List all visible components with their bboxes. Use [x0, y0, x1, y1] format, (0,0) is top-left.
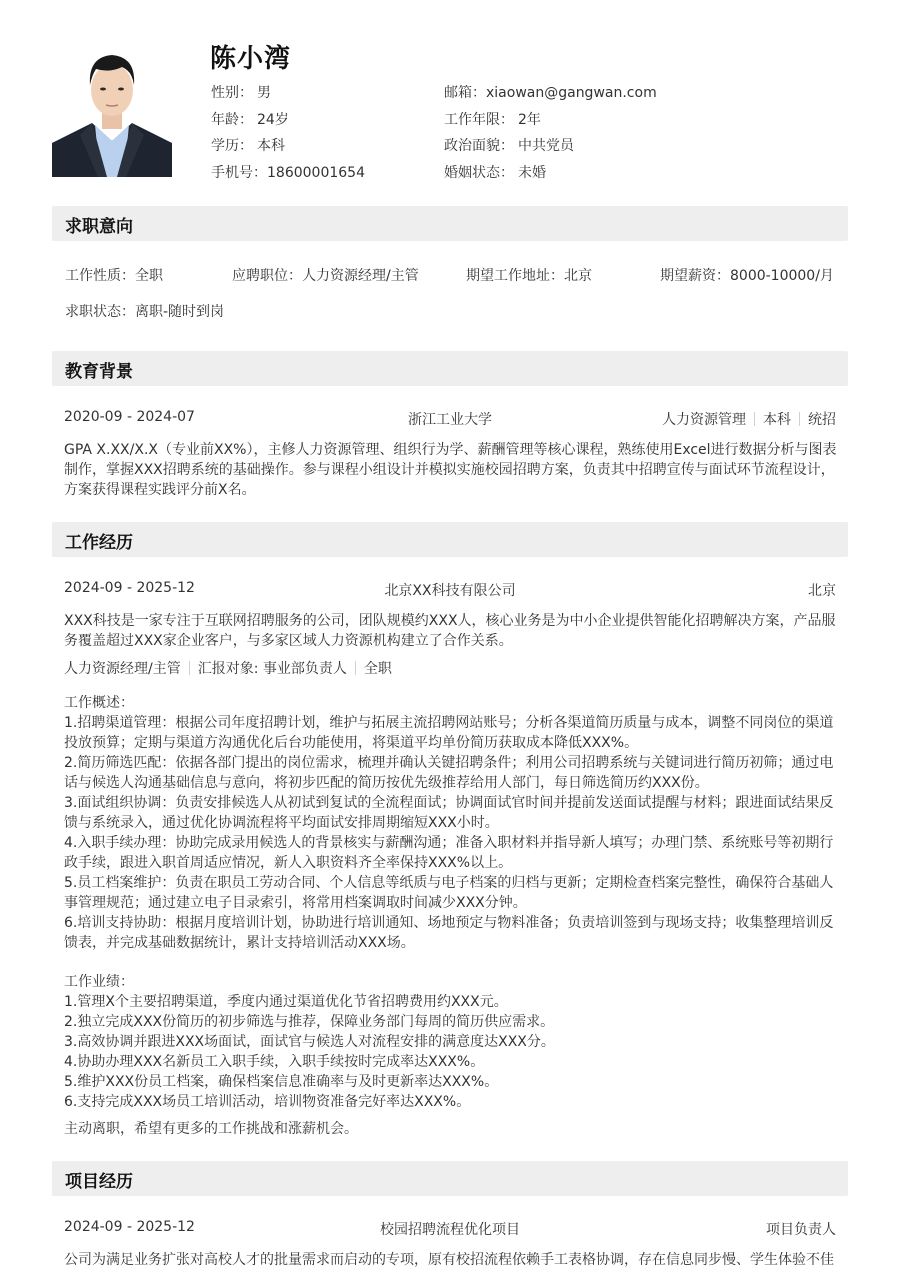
info-label: 工作年限： [444, 112, 514, 128]
education-enrollment-type: 统招 [808, 409, 836, 429]
basic-info-right: 邮箱：xiaowan@gangwan.com 工作年限：2年 政治面貌：中共党员… [444, 82, 657, 188]
info-value: 中共党员 [518, 138, 574, 154]
intention-value: 离职-随时到岗 [135, 304, 224, 320]
overview-item: 6.培训支持协助：根据月度培训计划，协助进行培训通知、场地预定与物料准备；负责培… [64, 913, 838, 953]
intention-value: 北京 [564, 268, 592, 284]
work-achievements: 工作业绩： 1.管理X个主要招聘渠道，季度内通过渠道优化节省招聘费用约XXX元。… [64, 972, 838, 1112]
work-entry-header: 2024-09 - 2025-12 北京XX科技有限公司 北京 [64, 580, 836, 602]
info-value: 男 [257, 85, 271, 101]
achievement-item: 1.管理X个主要招聘渠道，季度内通过渠道优化节省招聘费用约XXX元。 [64, 992, 838, 1012]
achievements-title: 工作业绩： [64, 972, 838, 992]
intention-label: 期望工作地址： [466, 268, 564, 284]
overview-item: 4.入职手续办理：协助完成录用候选人的背景核实与薪酬沟通；准备入职材料并指导新人… [64, 833, 838, 873]
divider [754, 412, 755, 426]
education-entry-header: 2020-09 - 2024-07 浙江工业大学 人力资源管理 本科 统招 [64, 409, 836, 431]
achievement-item: 4.协助办理XXX名新员工入职手续，入职手续按时完成率达XXX%。 [64, 1052, 838, 1072]
section-title: 教育背景 [65, 357, 133, 382]
info-value: xiaowan@gangwan.com [486, 85, 657, 101]
overview-title: 工作概述： [64, 693, 838, 713]
info-marital-status: 婚姻状态：未婚 [444, 162, 657, 189]
work-location: 北京 [808, 580, 836, 600]
education-degree: 本科 [763, 409, 791, 429]
info-label: 学历： [211, 138, 253, 154]
education-tags: 人力资源管理 本科 统招 [662, 409, 836, 429]
section-header-work: 工作经历 [52, 522, 848, 557]
overview-item: 2.简历筛选匹配：依据各部门提出的岗位需求，梳理并确认关键招聘条件；利用公司招聘… [64, 753, 838, 793]
info-label: 政治面貌： [444, 138, 514, 154]
info-value: 未婚 [518, 165, 546, 181]
info-work-years: 工作年限：2年 [444, 109, 657, 136]
intention-position: 应聘职位：人力资源经理/主管 [232, 265, 419, 285]
education-major: 人力资源管理 [662, 409, 746, 429]
intention-value: 8000-10000/月 [730, 268, 834, 284]
section-header-project: 项目经历 [52, 1161, 848, 1196]
section-header-education: 教育背景 [52, 351, 848, 386]
project-role: 项目负责人 [766, 1219, 836, 1239]
info-value: 本科 [257, 138, 285, 154]
portrait-icon [52, 45, 172, 177]
intention-label: 期望薪资： [660, 268, 730, 284]
section-title: 求职意向 [65, 212, 133, 237]
project-description: 公司为满足业务扩张对高校人才的批量需求而启动的专项，原有校招流程依赖手工表格协调… [64, 1250, 838, 1270]
info-value: 18600001654 [267, 165, 365, 181]
divider [355, 661, 356, 675]
resume-page: 陈小湾 性别：男 年龄：24岁 学历：本科 手机号：18600001654 邮箱… [0, 0, 900, 1275]
info-label: 手机号： [211, 165, 267, 181]
intention-work-type: 工作性质：全职 [65, 265, 163, 285]
leave-reason: 主动离职，希望有更多的工作挑战和涨薪机会。 [64, 1119, 838, 1139]
work-meta: 人力资源经理/主管 汇报对象: 事业部负责人 全职 [64, 658, 392, 678]
info-political-status: 政治面貌：中共党员 [444, 135, 657, 162]
project-name: 校园招聘流程优化项目 [64, 1219, 836, 1239]
intention-label: 求职状态： [65, 304, 135, 320]
info-label: 性别： [211, 85, 253, 101]
intention-label: 工作性质： [65, 268, 135, 284]
overview-item: 1.招聘渠道管理：根据公司年度招聘计划，维护与拓展主流招聘网站账号；分析各渠道简… [64, 713, 838, 753]
info-email: 邮箱：xiaowan@gangwan.com [444, 82, 657, 109]
intention-value: 人力资源经理/主管 [302, 268, 419, 284]
info-value: 24岁 [257, 112, 289, 128]
overview-item: 3.面试组织协调：负责安排候选人从初试到复试的全流程面试；协调面试官时间并提前发… [64, 793, 838, 833]
work-employment-type: 全职 [364, 658, 392, 678]
info-value: 2年 [518, 112, 541, 128]
intention-location: 期望工作地址：北京 [466, 265, 592, 285]
project-entry-header: 2024-09 - 2025-12 校园招聘流程优化项目 项目负责人 [64, 1219, 836, 1241]
intention-salary: 期望薪资：8000-10000/月 [660, 265, 834, 285]
candidate-name: 陈小湾 [210, 38, 291, 75]
info-label: 邮箱： [444, 85, 486, 101]
divider [189, 661, 190, 675]
overview-item: 5.员工档案维护：负责在职员工劳动合同、个人信息等纸质与电子档案的归档与更新；定… [64, 873, 838, 913]
info-education: 学历：本科 [211, 135, 365, 162]
info-phone: 手机号：18600001654 [211, 162, 365, 189]
section-title: 项目经历 [65, 1167, 133, 1192]
achievement-item: 5.维护XXX份员工档案，确保档案信息准确率与及时更新率达XXX%。 [64, 1072, 838, 1092]
profile-photo [52, 45, 172, 177]
achievement-item: 2.独立完成XXX份简历的初步筛选与推荐，保障业务部门每周的简历供应需求。 [64, 1012, 838, 1032]
achievement-item: 3.高效协调并跟进XXX场面试，面试官与候选人对流程安排的满意度达XXX分。 [64, 1032, 838, 1052]
section-header-intention: 求职意向 [52, 206, 848, 241]
info-label: 年龄： [211, 112, 253, 128]
info-gender: 性别：男 [211, 82, 365, 109]
company-intro: XXX科技是一家专注于互联网招聘服务的公司，团队规模约XXX人，核心业务是为中小… [64, 611, 838, 651]
achievement-item: 6.支持完成XXX场员工培训活动，培训物资准备完好率达XXX%。 [64, 1092, 838, 1112]
info-label: 婚姻状态： [444, 165, 514, 181]
intention-value: 全职 [135, 268, 163, 284]
divider [799, 412, 800, 426]
basic-info-left: 性别：男 年龄：24岁 学历：本科 手机号：18600001654 [211, 82, 365, 188]
work-overview: 工作概述： 1.招聘渠道管理：根据公司年度招聘计划，维护与拓展主流招聘网站账号；… [64, 693, 838, 953]
intention-label: 应聘职位： [232, 268, 302, 284]
company-name: 北京XX科技有限公司 [64, 580, 836, 600]
intention-status: 求职状态：离职-随时到岗 [65, 301, 224, 321]
info-age: 年龄：24岁 [211, 109, 365, 136]
section-title: 工作经历 [65, 528, 133, 553]
work-title: 人力资源经理/主管 [64, 658, 181, 678]
education-description: GPA X.XX/X.X（专业前XX%），主修人力资源管理、组织行为学、薪酬管理… [64, 440, 838, 500]
work-reports-to: 汇报对象: 事业部负责人 [198, 658, 347, 678]
